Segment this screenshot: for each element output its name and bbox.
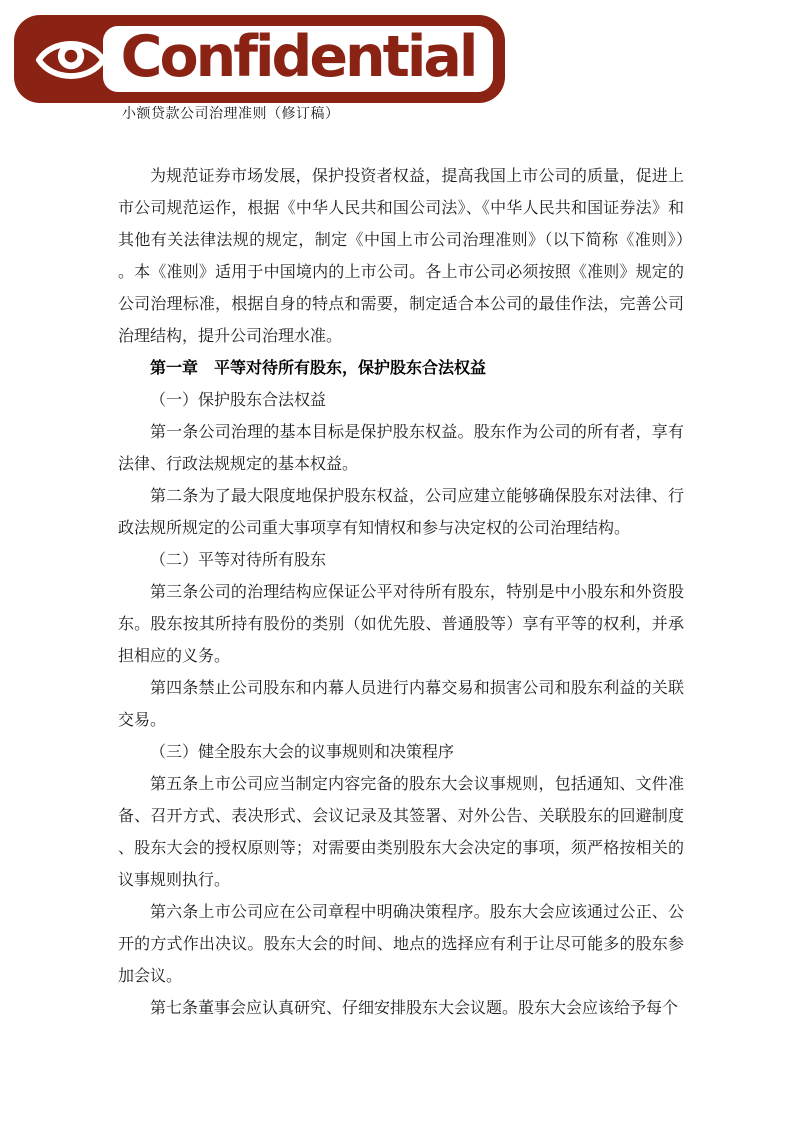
document-page: Confidential 小额贷款公司治理准则（修订稿） 为规范证券市场发展，保… [0, 0, 800, 1131]
intro-paragraph: 为规范证券市场发展，保护投资者权益，提高我国上市公司的质量，促进上市公司规范运作… [118, 161, 684, 353]
stamp-label: Confidential [121, 29, 476, 86]
confidential-stamp: Confidential [14, 15, 505, 103]
article-2-paragraph: 第二条为了最大限度地保护股东权益，公司应建立能够确保股东对法律、行政法规所规定的… [118, 481, 684, 545]
document-header-title: 小额贷款公司治理准则（修订稿） [122, 103, 340, 123]
section-3-heading: （三）健全股东大会的议事规则和决策程序 [118, 737, 684, 769]
chapter-1-heading: 第一章 平等对待所有股东，保护股东合法权益 [118, 353, 684, 385]
section-2-heading: （二）平等对待所有股东 [118, 545, 684, 577]
article-1-paragraph: 第一条公司治理的基本目标是保护股东权益。股东作为公司的所有者，享有法律、行政法规… [118, 417, 684, 481]
article-4-paragraph: 第四条禁止公司股东和内幕人员进行内幕交易和损害公司和股东利益的关联交易。 [118, 673, 684, 737]
document-body: 为规范证券市场发展，保护投资者权益，提高我国上市公司的质量，促进上市公司规范运作… [118, 161, 684, 1025]
article-3-paragraph: 第三条公司的治理结构应保证公平对待所有股东，特别是中小股东和外资股东。股东按其所… [118, 577, 684, 673]
article-6-paragraph: 第六条上市公司应在公司章程中明确决策程序。股东大会应该通过公正、公开的方式作出决… [118, 897, 684, 993]
eye-icon [34, 31, 108, 87]
section-1-heading: （一）保护股东合法权益 [118, 385, 684, 417]
article-7-paragraph: 第七条董事会应认真研究、仔细安排股东大会议题。股东大会应该给予每个 [118, 993, 684, 1025]
stamp-label-box: Confidential [103, 26, 493, 92]
article-5-paragraph: 第五条上市公司应当制定内容完备的股东大会议事规则，包括通知、文件准备、召开方式、… [118, 769, 684, 897]
